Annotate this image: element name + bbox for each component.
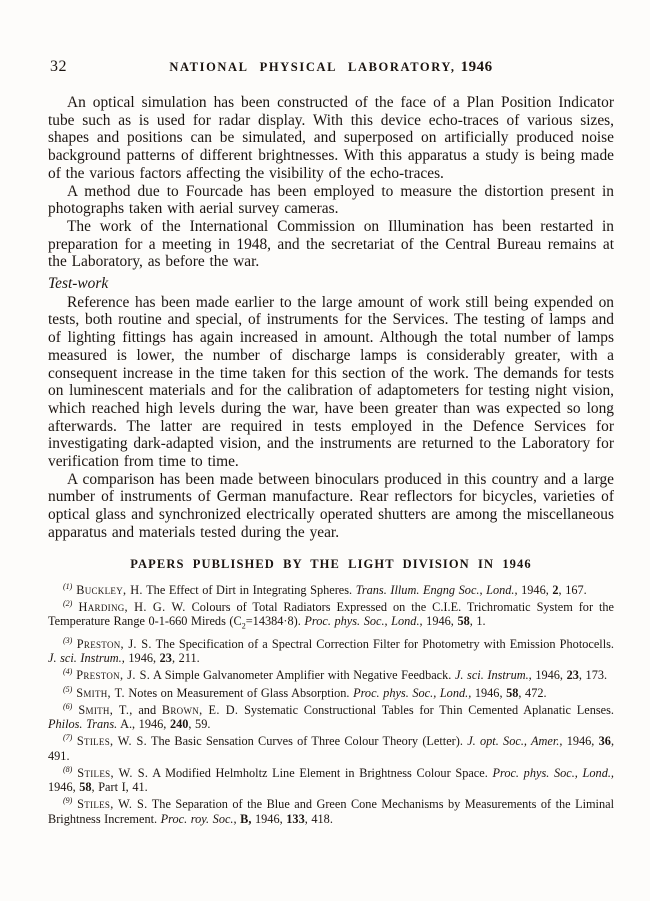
reference-text-run: (5) (63, 685, 72, 694)
reference-text-run: (9) (63, 796, 72, 805)
page-number: 32 (50, 58, 67, 76)
reference-item-2: (2) Harding, H. G. W. Colours of Total R… (48, 597, 614, 634)
reference-text-run: 1946, (251, 812, 286, 826)
reference-text-run: , 167. (559, 583, 587, 597)
running-head: 32 NATIONAL PHYSICAL LABORATORY,1946 (48, 58, 614, 78)
reference-text-run: Stiles, W. S. (72, 766, 148, 780)
reference-text-run: Smith, T., (72, 703, 132, 717)
reference-text-run: Proc. phys. Soc., Lond., (353, 686, 471, 700)
reference-text-run: 1946, (471, 686, 506, 700)
running-title-year: 1946 (461, 59, 493, 75)
reference-text-run: The Specification of a Spectral Correcti… (152, 637, 614, 651)
reference-item-8: (8) Stiles, W. S. A Modified Helmholtz L… (48, 763, 614, 795)
reference-text-run: Trans. Illum. Engng Soc., Lond., (356, 583, 518, 597)
reference-text-run: , 173. (579, 668, 607, 682)
reference-text-run: (6) (63, 702, 72, 711)
running-title: NATIONAL PHYSICAL LABORATORY,1946 (48, 58, 614, 76)
reference-text-run: , 1. (470, 614, 486, 628)
reference-text-run: J. sci. Instrum., (455, 668, 532, 682)
document-page: 32 NATIONAL PHYSICAL LABORATORY,1946 An … (0, 0, 650, 901)
reference-text-run: =14384·8). (246, 614, 305, 628)
reference-text-run: Preston, J. S. (72, 637, 151, 651)
reference-text-run: Smith, T. (72, 686, 125, 700)
reference-text-run: Proc. roy. Soc., (161, 812, 237, 826)
reference-text-run: 58 (457, 614, 469, 628)
reference-text-run: 1946, (125, 651, 160, 665)
paragraph-optical-simulation: An optical simulation has been construct… (48, 94, 614, 183)
paragraph-fourcade-method: A method due to Fourcade has been employ… (48, 183, 614, 218)
reference-text-run: B, (240, 812, 251, 826)
reference-text-run: 1946, (562, 735, 598, 749)
reference-text-run: Proc. phys. Soc., Lond., (304, 614, 422, 628)
running-title-text: NATIONAL PHYSICAL LABORATORY, (169, 60, 455, 74)
reference-text-run: 1946, (48, 780, 79, 794)
reference-text-run: and (133, 703, 162, 717)
reference-item-4: (4) Preston, J. S. A Simple Galvanometer… (48, 665, 614, 682)
reference-text-run: J. opt. Soc., Amer., (467, 735, 562, 749)
reference-text-run: Harding, H. G. W. (72, 600, 185, 614)
reference-text-run: (4) (63, 667, 72, 676)
reference-text-run: The Basic Sensation Curves of Three Colo… (147, 735, 467, 749)
paragraph-binoculars-comparison: A comparison has been made between binoc… (48, 471, 614, 542)
reference-text-run: Buckley, H. (72, 583, 142, 597)
reference-text-run: 23 (567, 668, 579, 682)
reference-text-run: Systematic Constructional Tables for Thi… (238, 703, 614, 717)
reference-text-run: Proc. phys. Soc., Lond., (492, 766, 614, 780)
reference-text-run: Notes on Measurement of Glass Absorption… (125, 686, 353, 700)
reference-text-run: 23 (160, 651, 172, 665)
reference-text-run: , 418. (305, 812, 333, 826)
reference-text-run: 240 (170, 717, 188, 731)
reference-text-run: (7) (63, 733, 72, 742)
reference-text-run: 58 (79, 780, 91, 794)
reference-text-run: A Simple Galvanometer Amplifier with Neg… (150, 668, 455, 682)
reference-item-1: (1) Buckley, H. The Effect of Dirt in In… (48, 580, 614, 597)
reference-text-run: J. sci. Instrum., (48, 651, 125, 665)
reference-text-run: Preston, J. S. (72, 668, 150, 682)
reference-text-run: Philos. Trans. (48, 717, 117, 731)
reference-text-run: 1946, (518, 583, 553, 597)
reference-text-run: Stiles, W. S. (72, 798, 147, 812)
reference-text-run: 1946, (532, 668, 567, 682)
reference-text-run: A., 1946, (117, 717, 170, 731)
reference-item-3: (3) Preston, J. S. The Specification of … (48, 634, 614, 666)
reference-text-run: 1946, (423, 614, 458, 628)
papers-section-heading: PAPERS PUBLISHED BY THE LIGHT DIVISION I… (48, 557, 614, 572)
reference-item-6: (6) Smith, T., and Brown, E. D. Systemat… (48, 700, 614, 732)
paragraph-test-work: Reference has been made earlier to the l… (48, 294, 614, 471)
paragraph-cie-commission: The work of the International Commission… (48, 218, 614, 271)
reference-text-run: , Part I, 41. (92, 780, 148, 794)
reference-text-run: 58 (506, 686, 518, 700)
reference-text-run: , 59. (188, 717, 210, 731)
reference-text-run: (1) (63, 582, 72, 591)
reference-text-run: 133 (286, 812, 304, 826)
reference-text-run: (3) (63, 636, 72, 645)
reference-text-run: Brown, E. D. (162, 703, 238, 717)
reference-text-run: Stiles, W. S. (72, 735, 147, 749)
reference-item-5: (5) Smith, T. Notes on Measurement of Gl… (48, 683, 614, 700)
section-heading-test-work: Test-work (48, 275, 614, 293)
page-content: 32 NATIONAL PHYSICAL LABORATORY,1946 An … (48, 58, 614, 826)
reference-item-7: (7) Stiles, W. S. The Basic Sensation Cu… (48, 731, 614, 763)
reference-text-run: (2) (63, 599, 72, 608)
reference-text-run: , 472. (518, 686, 546, 700)
reference-text-run: 36 (599, 735, 611, 749)
reference-text-run: A Modified Helmholtz Line Element in Bri… (148, 766, 492, 780)
reference-text-run: , 211. (172, 651, 200, 665)
reference-text-run: (8) (63, 765, 72, 774)
reference-text-run: The Effect of Dirt in Integrating Sphere… (143, 583, 356, 597)
reference-item-9: (9) Stiles, W. S. The Separation of the … (48, 794, 614, 826)
